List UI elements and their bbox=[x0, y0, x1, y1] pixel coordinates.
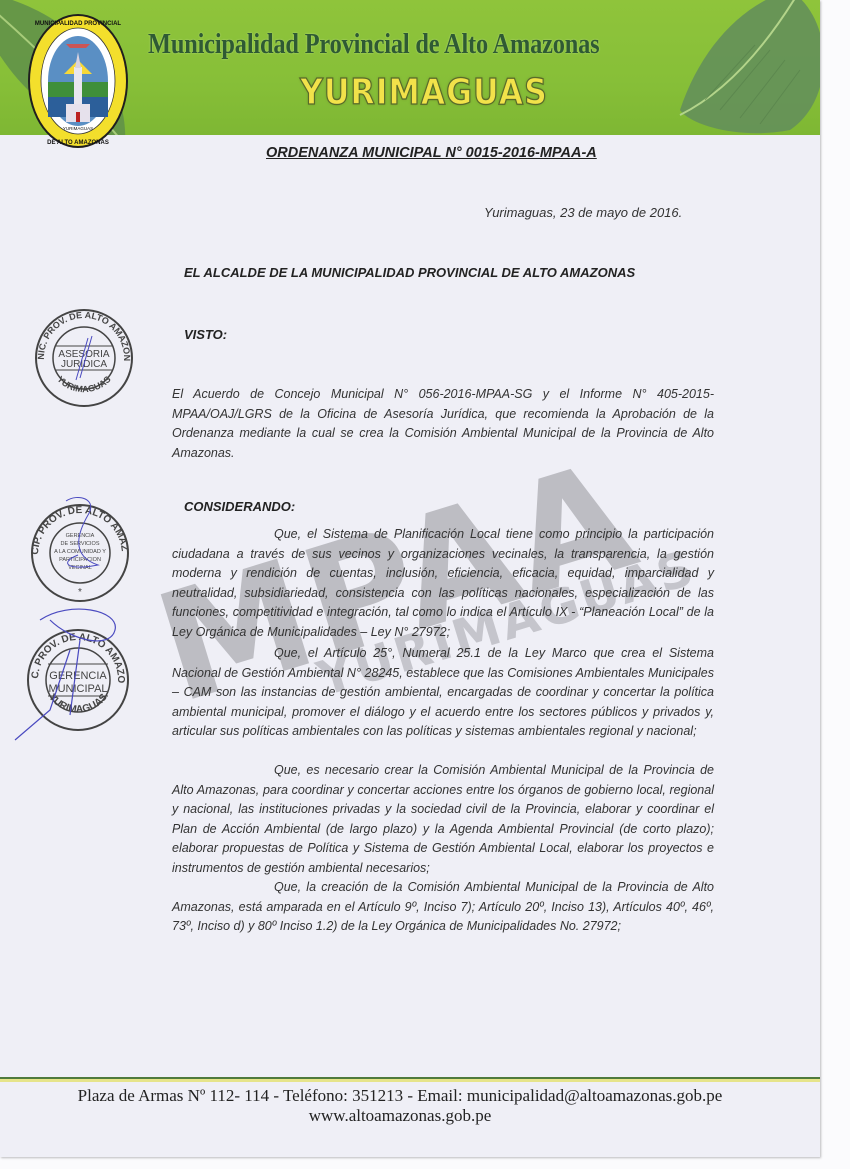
visto-heading: VISTO: bbox=[184, 327, 227, 342]
considerando-paragraph-3: Que, es necesario crear la Comisión Ambi… bbox=[172, 761, 714, 878]
considerando-heading: CONSIDERANDO: bbox=[184, 499, 295, 514]
considerando-paragraph-2: Que, el Artículo 25°, Numeral 25.1 de la… bbox=[172, 644, 714, 742]
svg-text:*: * bbox=[78, 587, 82, 598]
footer-address: Plaza de Armas Nº 112- 114 - Teléfono: 3… bbox=[0, 1086, 800, 1106]
svg-text:YURIMAGUAS: YURIMAGUAS bbox=[63, 126, 93, 131]
footer-rule-yellow bbox=[0, 1079, 820, 1082]
leaf-decoration-right bbox=[660, 0, 820, 135]
municipality-name: Municipalidad Provincial de Alto Amazona… bbox=[148, 28, 652, 61]
svg-text:PARTICIPACION: PARTICIPACION bbox=[59, 557, 101, 563]
considerando-paragraph-4: Que, la creación de la Comisión Ambienta… bbox=[172, 878, 714, 937]
ordinance-title: ORDENANZA MUNICIPAL N° 0015-2016-MPAA-A bbox=[266, 145, 597, 161]
visto-paragraph: El Acuerdo de Concejo Municipal N° 056-2… bbox=[172, 385, 714, 463]
stamp-gerencia-servicios: MUNICIP. PROV. DE ALTO AMAZONAS GERENCIA… bbox=[28, 495, 132, 605]
stamp-gerencia-municipal: MUNIC. PROV. DE ALTO AMAZONAS YURIMAGUAS… bbox=[10, 600, 145, 745]
considerando-paragraph-1: Que, el Sistema de Planificación Local t… bbox=[172, 525, 714, 642]
document-date: Yurimaguas, 23 de mayo de 2016. bbox=[484, 205, 682, 220]
municipal-crest-icon: MUNICIPALIDAD PROVINCIAL DE ALTO AMAZONA… bbox=[26, 12, 130, 150]
svg-text:GERENCIA: GERENCIA bbox=[49, 670, 107, 682]
svg-text:DE SERVICIOS: DE SERVICIOS bbox=[60, 541, 99, 547]
document-page: Municipalidad Provincial de Alto Amazona… bbox=[0, 0, 820, 1157]
issuer-line: EL ALCALDE DE LA MUNICIPALIDAD PROVINCIA… bbox=[184, 265, 635, 280]
footer-website: www.altoamazonas.gob.pe bbox=[0, 1106, 800, 1126]
city-name: YURIMAGUAS bbox=[300, 72, 564, 113]
stamp-asesoria-juridica: MUNIC. PROV. DE ALTO AMAZONAS YURIMAGUAS… bbox=[32, 308, 136, 408]
svg-text:MUNICIPALIDAD PROVINCIAL: MUNICIPALIDAD PROVINCIAL bbox=[35, 21, 122, 27]
svg-text:YURIMAGUAS: YURIMAGUAS bbox=[46, 692, 110, 716]
svg-text:YURIMAGUAS: YURIMAGUAS bbox=[55, 374, 113, 394]
svg-text:DE ALTO AMAZONAS: DE ALTO AMAZONAS bbox=[47, 140, 109, 146]
